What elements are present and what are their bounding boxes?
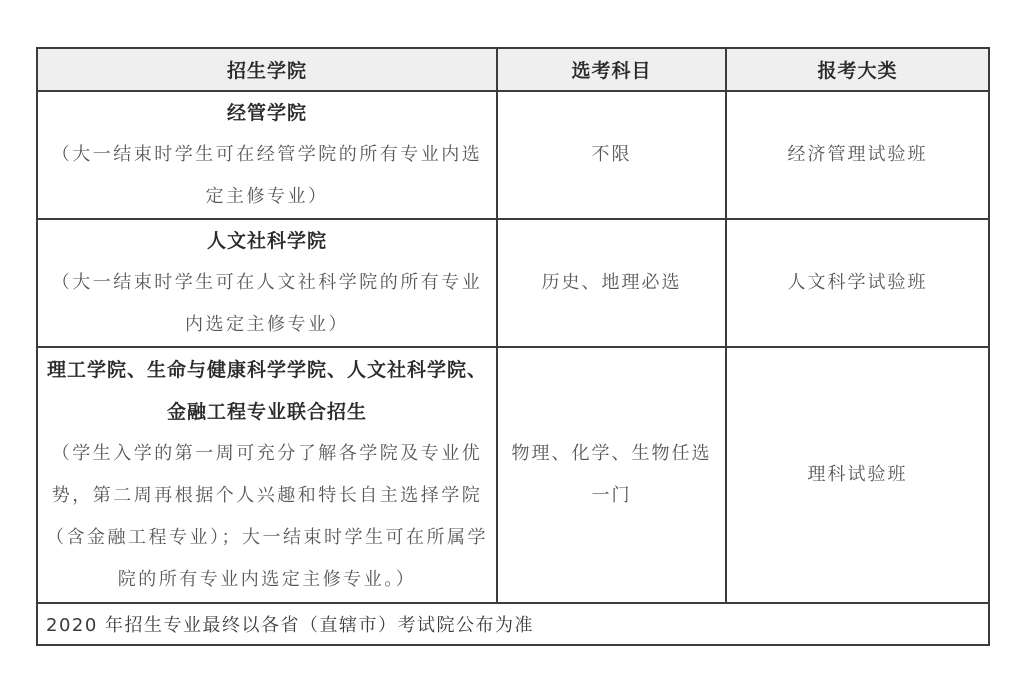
college-note: （大一结束时学生可在经管学院的所有专业内选定主修专业） [38, 134, 496, 218]
subjects-cell: 历史、地理必选 [497, 219, 726, 347]
subjects-cell: 不限 [497, 91, 726, 219]
college-cell: 人文社科学院 （大一结束时学生可在人文社科学院的所有专业内选定主修专业） [37, 219, 497, 347]
header-category: 报考大类 [726, 48, 989, 91]
college-name: 人文社科学院 [38, 220, 496, 262]
category-cell: 人文科学试验班 [726, 219, 989, 347]
table-row: 人文社科学院 （大一结束时学生可在人文社科学院的所有专业内选定主修专业） 历史、… [37, 219, 989, 347]
header-college: 招生学院 [37, 48, 497, 91]
subjects-text: 不限 [498, 134, 725, 176]
college-cell: 理工学院、生命与健康科学学院、人文社科学院、金融工程专业联合招生 （学生入学的第… [37, 347, 497, 603]
header-subjects: 选考科目 [497, 48, 726, 91]
college-note: （大一结束时学生可在人文社科学院的所有专业内选定主修专业） [38, 262, 496, 346]
category-cell: 经济管理试验班 [726, 91, 989, 219]
footer-note: 2020 年招生专业最终以各省（直辖市）考试院公布为准 [37, 603, 989, 645]
admissions-table: 招生学院 选考科目 报考大类 经管学院 （大一结束时学生可在经管学院的所有专业内… [36, 47, 990, 646]
table-footer-row: 2020 年招生专业最终以各省（直辖市）考试院公布为准 [37, 603, 989, 645]
category-text: 人文科学试验班 [727, 262, 988, 304]
college-name: 理工学院、生命与健康科学学院、人文社科学院、金融工程专业联合招生 [38, 349, 496, 433]
college-name: 经管学院 [38, 92, 496, 134]
table-row: 经管学院 （大一结束时学生可在经管学院的所有专业内选定主修专业） 不限 经济管理… [37, 91, 989, 219]
table-header-row: 招生学院 选考科目 报考大类 [37, 48, 989, 91]
category-cell: 理科试验班 [726, 347, 989, 603]
category-text: 理科试验班 [727, 454, 988, 496]
college-cell: 经管学院 （大一结束时学生可在经管学院的所有专业内选定主修专业） [37, 91, 497, 219]
subjects-text: 物理、化学、生物任选一门 [498, 433, 725, 517]
subjects-cell: 物理、化学、生物任选一门 [497, 347, 726, 603]
subjects-text: 历史、地理必选 [498, 262, 725, 304]
category-text: 经济管理试验班 [727, 134, 988, 176]
college-note: （学生入学的第一周可充分了解各学院及专业优势，第二周再根据个人兴趣和特长自主选择… [38, 433, 496, 601]
table-row: 理工学院、生命与健康科学学院、人文社科学院、金融工程专业联合招生 （学生入学的第… [37, 347, 989, 603]
